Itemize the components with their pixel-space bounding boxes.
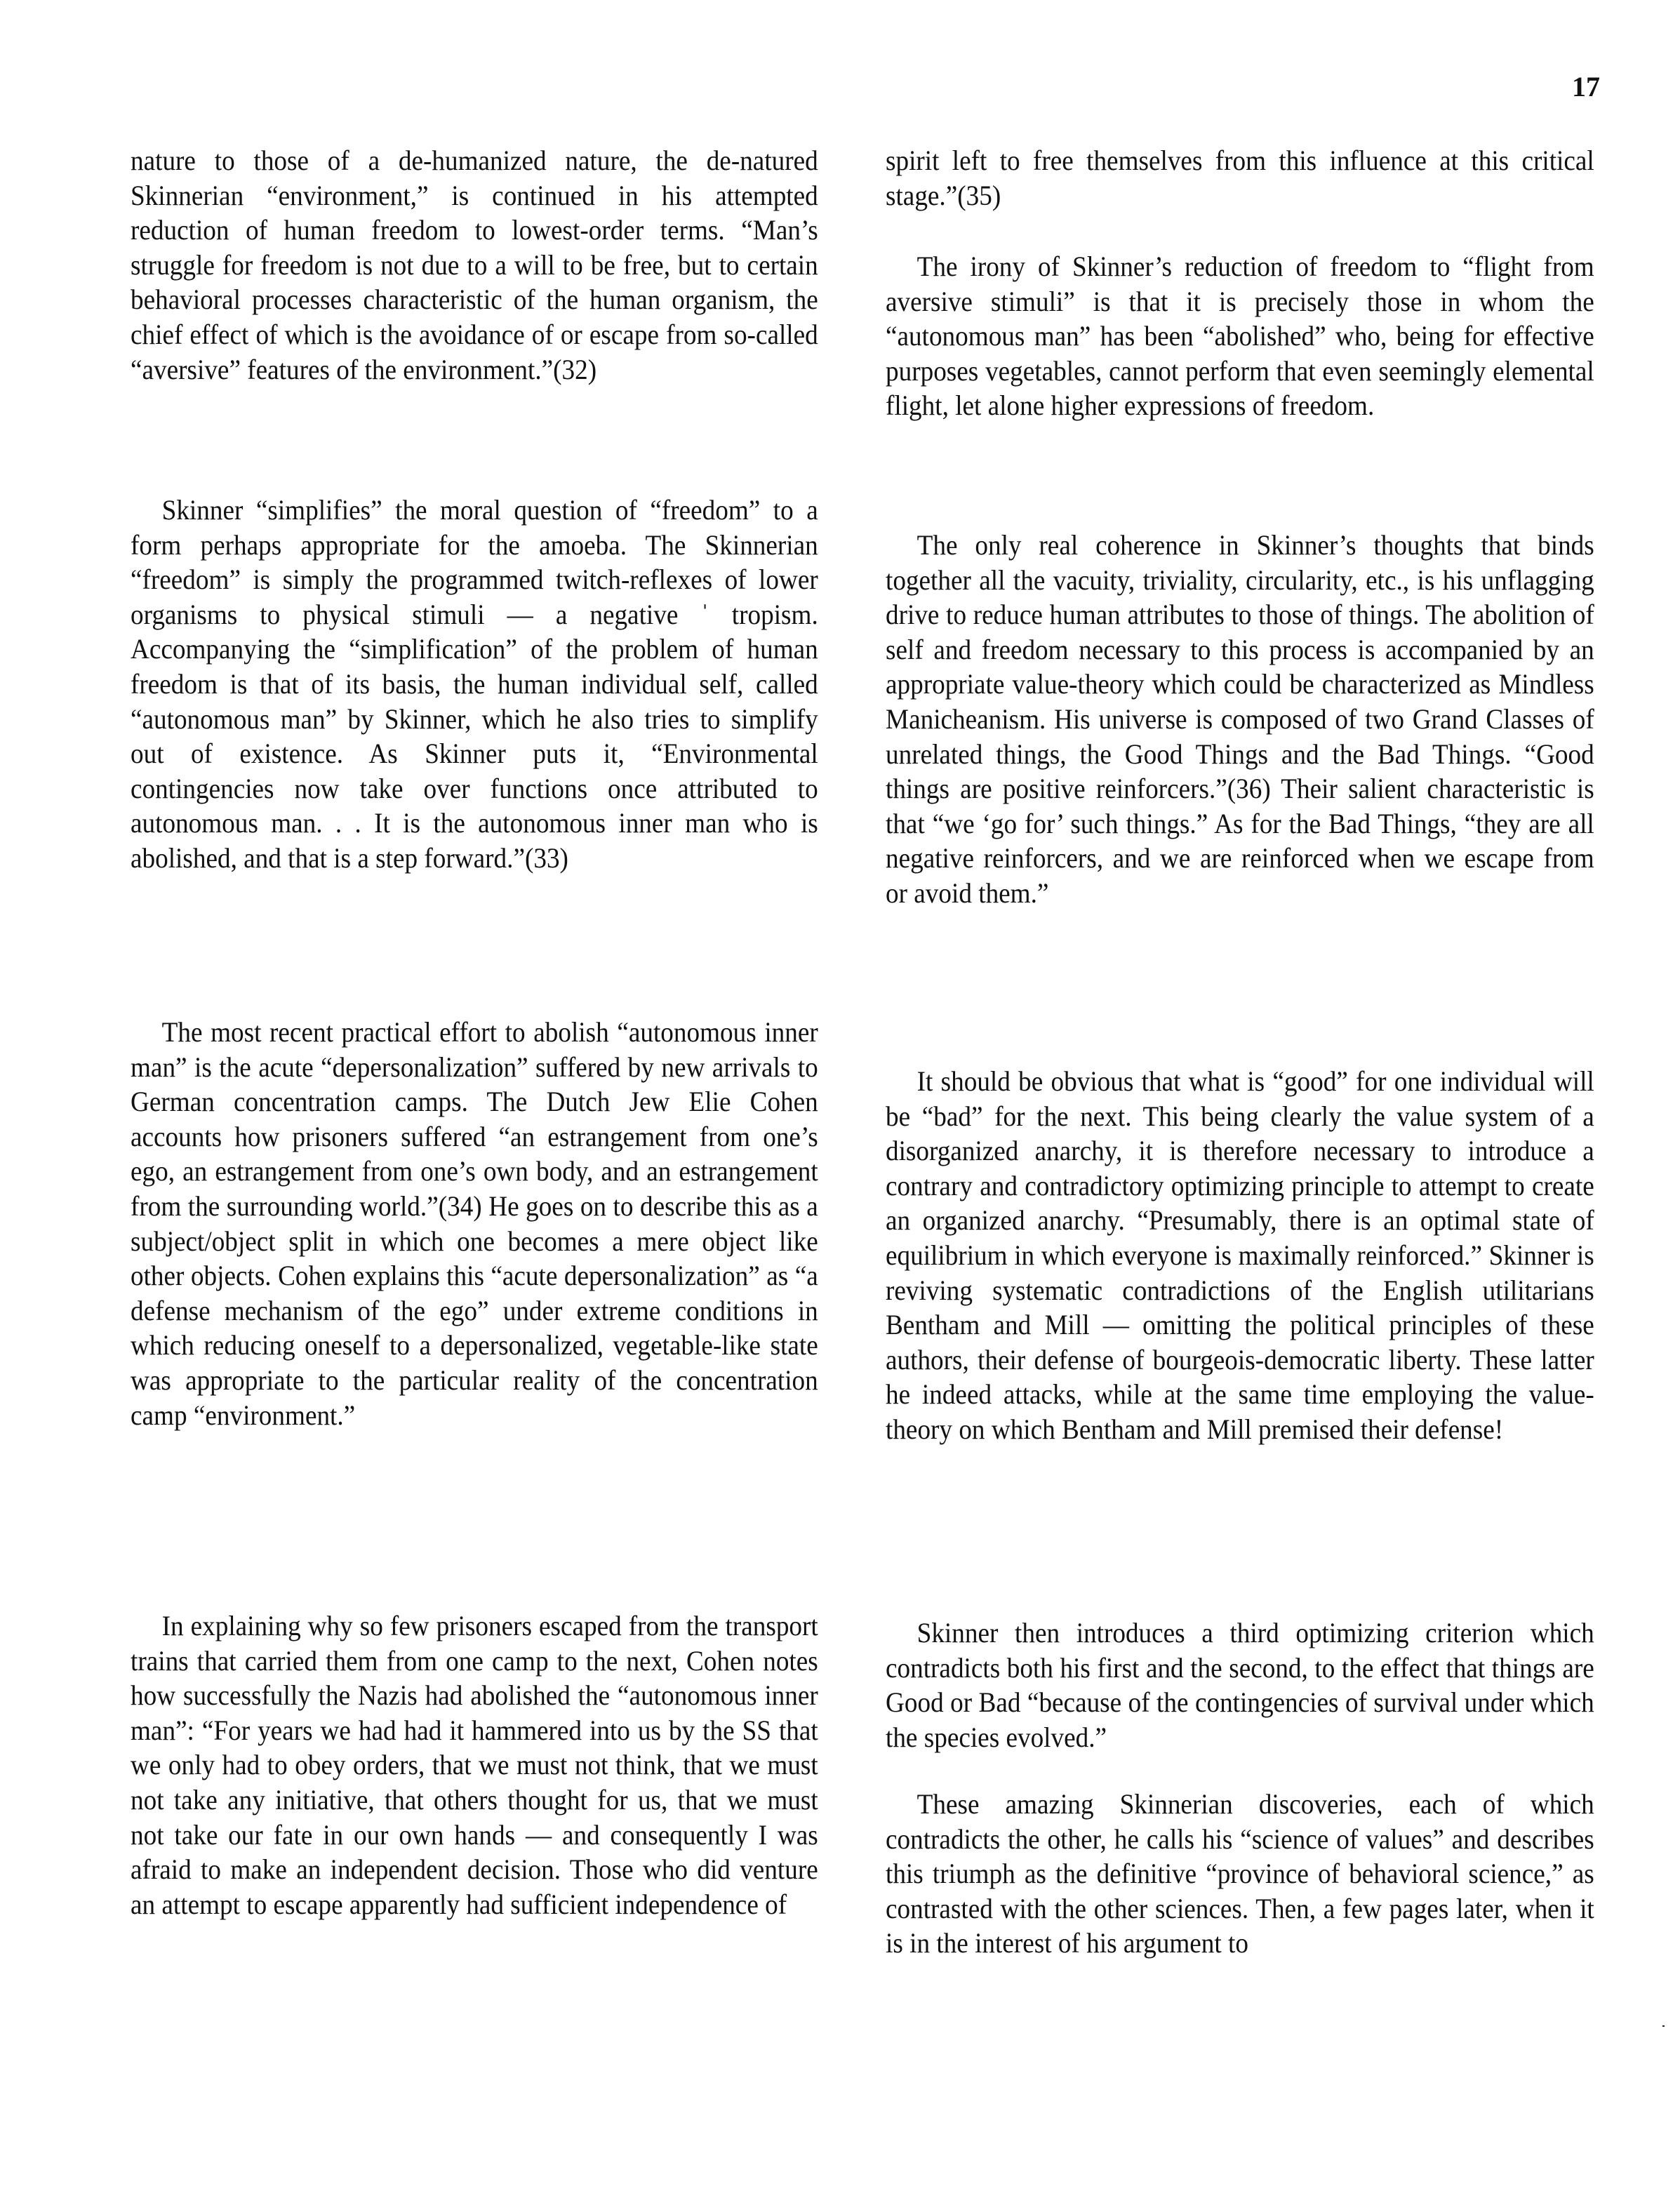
paragraph: The irony of Skinner’s reduction of free… — [886, 249, 1594, 423]
paragraph: It should be obvious that what is “good”… — [886, 1064, 1594, 1447]
paragraph: Skinner then introduces a third optimizi… — [886, 1616, 1594, 1754]
paragraph: spirit left to free themselves from this… — [886, 143, 1594, 213]
paragraph: In explaining why so few prisoners escap… — [131, 1608, 818, 1921]
paragraph: The most recent practical effort to abol… — [131, 1015, 818, 1432]
paragraph: nature to those of a de-humanized nature… — [131, 143, 818, 387]
scan-speck — [1662, 2025, 1665, 2027]
paragraph: The only real coherence in Skinner’s tho… — [886, 528, 1594, 911]
paragraph: Skinner “simplifies” the moral question … — [131, 493, 818, 876]
paragraph: These amazing Skinnerian discoveries, ea… — [886, 1787, 1594, 1961]
page-number: 17 — [1544, 70, 1600, 103]
